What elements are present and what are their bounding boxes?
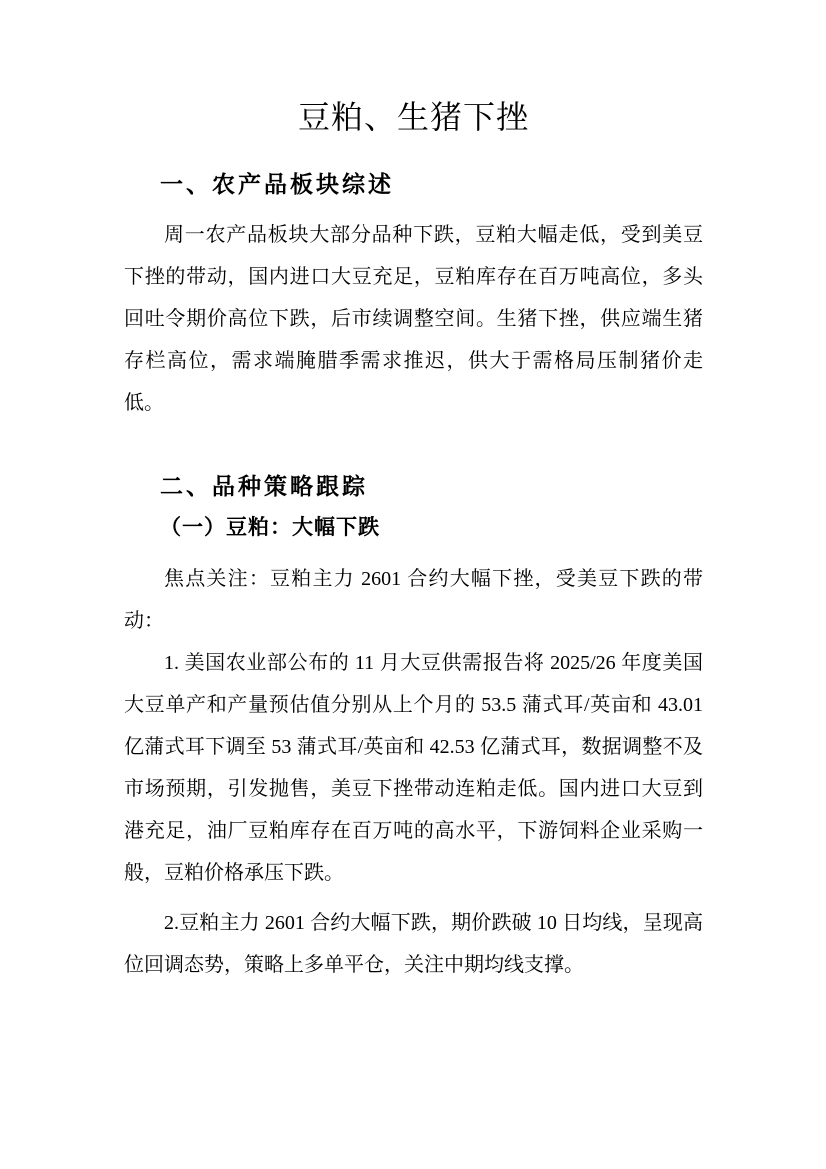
overview-paragraph: 周一农产品板块大部分品种下跌，豆粕大幅走低，受到美豆下挫的带动，国内进口大豆充足… (124, 214, 703, 424)
point-1-paragraph: 1. 美国农业部公布的 11 月大豆供需报告将 2025/26 年度美国大豆单产… (124, 642, 703, 894)
document-page: 豆粕、生猪下挫 一、农产品板块综述 周一农产品板块大部分品种下跌，豆粕大幅走低，… (0, 0, 826, 1169)
section-heading-overview: 一、农产品板块综述 (160, 164, 703, 204)
point-2-paragraph: 2.豆粕主力 2601 合约大幅下跌，期价跌破 10 日均线，呈现高位回调态势，… (124, 902, 703, 986)
document-title: 豆粕、生猪下挫 (124, 94, 703, 140)
subsection-heading-soybean-meal: （一）豆粕：大幅下跌 (160, 508, 703, 548)
focus-paragraph: 焦点关注：豆粕主力 2601 合约大幅下挫，受美豆下跌的带动： (124, 558, 703, 642)
section-heading-strategy: 二、品种策略跟踪 (160, 466, 703, 506)
